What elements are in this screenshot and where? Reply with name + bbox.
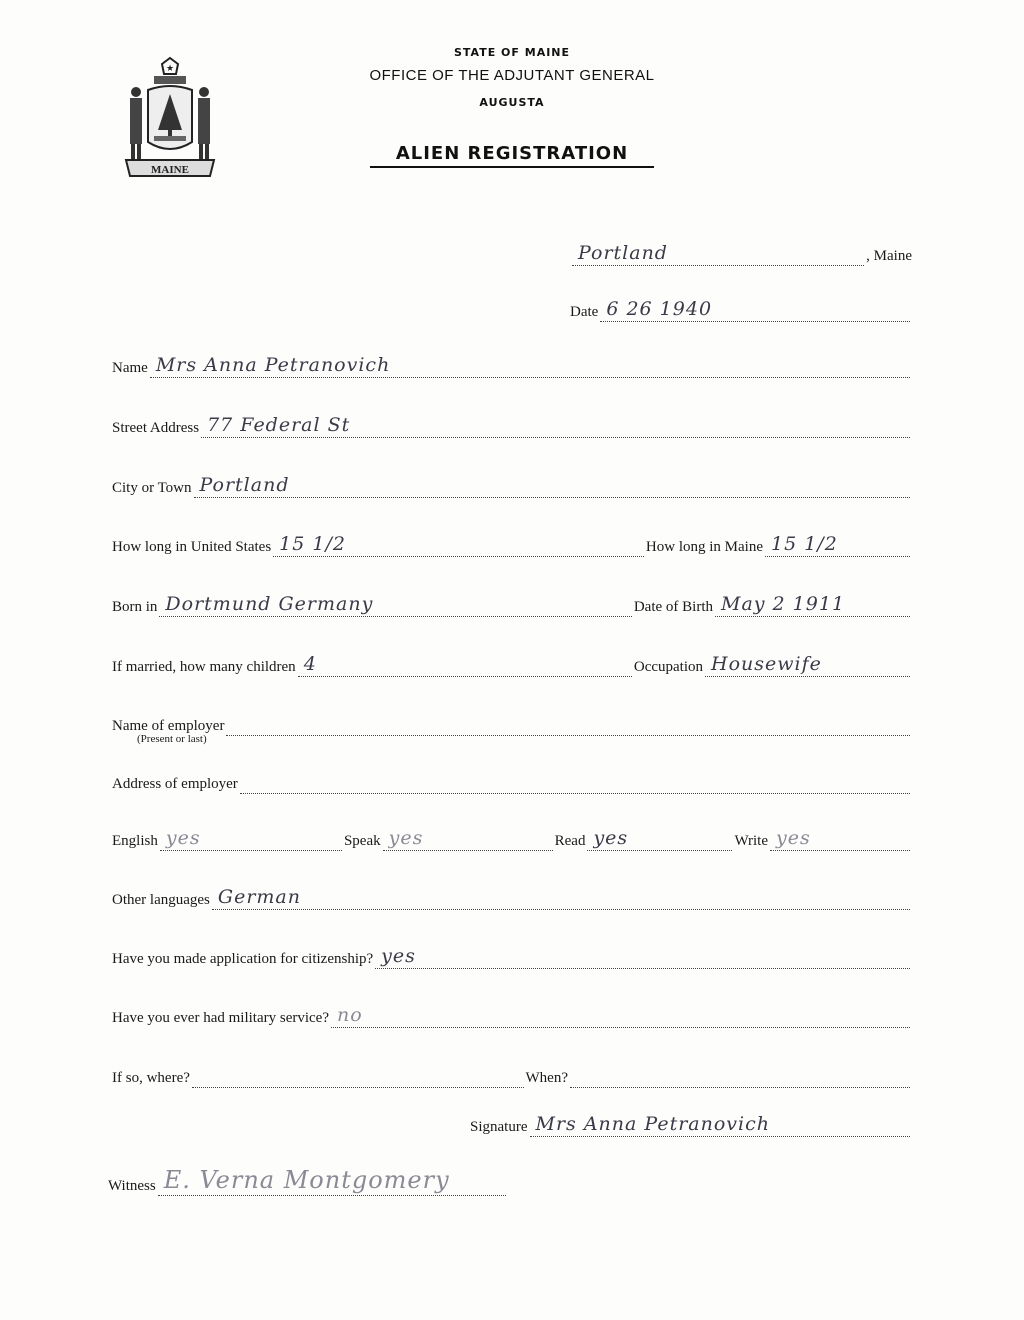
military-label: Have you ever had military service? (112, 1010, 329, 1028)
citizenship-field[interactable]: yes (375, 950, 910, 969)
when-label: When? (526, 1070, 568, 1088)
speak-value: yes (389, 827, 424, 849)
citizenship-value: yes (381, 945, 416, 967)
where-when-row: If so, where? When? (112, 1064, 912, 1088)
employer-address-field[interactable] (240, 775, 910, 794)
children-field[interactable]: 4 (298, 658, 632, 677)
place-suffix: , Maine (866, 248, 912, 266)
street-value: 77 Federal St (207, 414, 350, 436)
city-field[interactable]: Portland (194, 479, 910, 498)
city-value: Portland (200, 474, 290, 496)
other-languages-label: Other languages (112, 892, 210, 910)
header-office: OFFICE OF THE ADJUTANT GENERAL (340, 67, 684, 84)
english-row: English yes Speak yes Read yes Write yes (112, 827, 912, 851)
military-value: no (337, 1004, 363, 1026)
how-long-us-label: How long in United States (112, 539, 271, 557)
children-value: 4 (304, 653, 317, 675)
signature-value: Mrs Anna Petranovich (536, 1113, 770, 1135)
occupation-field[interactable]: Housewife (705, 658, 910, 677)
page-title: ALIEN REGISTRATION (370, 143, 654, 168)
english-value: yes (166, 827, 201, 849)
occupation-value: Housewife (711, 653, 822, 675)
place-value: Portland (578, 242, 668, 264)
citizenship-row: Have you made application for citizenshi… (112, 945, 912, 969)
employer-address-row: Address of employer (112, 770, 912, 794)
seal-banner: MAINE (151, 164, 189, 176)
date-field[interactable]: 6 26 1940 (600, 303, 910, 322)
read-label: Read (555, 833, 586, 851)
children-label: If married, how many children (112, 659, 296, 677)
read-field[interactable]: yes (587, 832, 732, 851)
speak-label: Speak (344, 833, 381, 851)
header-city: AUGUSTA (340, 96, 684, 109)
employer-sublabel: (Present or last) (137, 733, 207, 745)
citizenship-label: Have you made application for citizenshi… (112, 951, 373, 969)
other-languages-field[interactable]: German (212, 891, 910, 910)
maine-state-seal-icon: ★ MAINE (118, 56, 222, 184)
city-label: City or Town (112, 480, 192, 498)
svg-text:★: ★ (166, 63, 174, 73)
place-row: Portland , Maine (570, 242, 912, 266)
dob-field[interactable]: May 2 1911 (715, 598, 910, 617)
date-row: Date 6 26 1940 (570, 298, 912, 322)
how-long-maine-field[interactable]: 15 1/2 (765, 538, 910, 557)
witness-row: Witness E. Verna Montgomery (108, 1172, 508, 1196)
signature-label: Signature (470, 1119, 528, 1137)
birth-row: Born in Dortmund Germany Date of Birth M… (112, 593, 912, 617)
name-label: Name (112, 360, 148, 378)
other-languages-value: German (218, 886, 301, 908)
place-field[interactable]: Portland (572, 247, 864, 266)
header-state: STATE OF MAINE (340, 46, 684, 59)
how-long-us-field[interactable]: 15 1/2 (273, 538, 644, 557)
write-label: Write (734, 833, 768, 851)
other-languages-row: Other languages German (112, 886, 912, 910)
speak-field[interactable]: yes (383, 832, 553, 851)
date-value: 6 26 1940 (606, 298, 712, 320)
employer-field[interactable] (226, 717, 910, 736)
where-field[interactable] (192, 1069, 524, 1088)
born-in-field[interactable]: Dortmund Germany (159, 598, 631, 617)
employer-address-label: Address of employer (112, 776, 238, 794)
residence-row: How long in United States 15 1/2 How lon… (112, 533, 912, 557)
employer-row: Name of employer (112, 712, 912, 736)
signature-row: Signature Mrs Anna Petranovich (470, 1113, 912, 1137)
name-row: Name Mrs Anna Petranovich (112, 354, 912, 378)
when-field[interactable] (570, 1069, 910, 1088)
signature-field[interactable]: Mrs Anna Petranovich (530, 1118, 911, 1137)
write-value: yes (776, 827, 811, 849)
name-field[interactable]: Mrs Anna Petranovich (150, 359, 910, 378)
witness-label: Witness (108, 1178, 156, 1196)
english-label: English (112, 833, 158, 851)
how-long-maine-value: 15 1/2 (771, 533, 838, 555)
dob-label: Date of Birth (634, 599, 713, 617)
city-row: City or Town Portland (112, 474, 912, 498)
write-field[interactable]: yes (770, 832, 910, 851)
name-value: Mrs Anna Petranovich (156, 354, 390, 376)
where-label: If so, where? (112, 1070, 190, 1088)
street-row: Street Address 77 Federal St (112, 414, 912, 438)
born-in-value: Dortmund Germany (165, 593, 373, 615)
dob-value: May 2 1911 (721, 593, 845, 615)
witness-field[interactable]: E. Verna Montgomery (158, 1177, 506, 1196)
how-long-maine-label: How long in Maine (646, 539, 763, 557)
military-field[interactable]: no (331, 1009, 910, 1028)
street-field[interactable]: 77 Federal St (201, 419, 910, 438)
military-row: Have you ever had military service? no (112, 1004, 912, 1028)
occupation-label: Occupation (634, 659, 703, 677)
read-value: yes (593, 827, 628, 849)
witness-value: E. Verna Montgomery (164, 1166, 450, 1194)
english-field[interactable]: yes (160, 832, 342, 851)
date-label: Date (570, 304, 598, 322)
born-in-label: Born in (112, 599, 157, 617)
how-long-us-value: 15 1/2 (279, 533, 346, 555)
street-label: Street Address (112, 420, 199, 438)
family-row: If married, how many children 4 Occupati… (112, 653, 912, 677)
